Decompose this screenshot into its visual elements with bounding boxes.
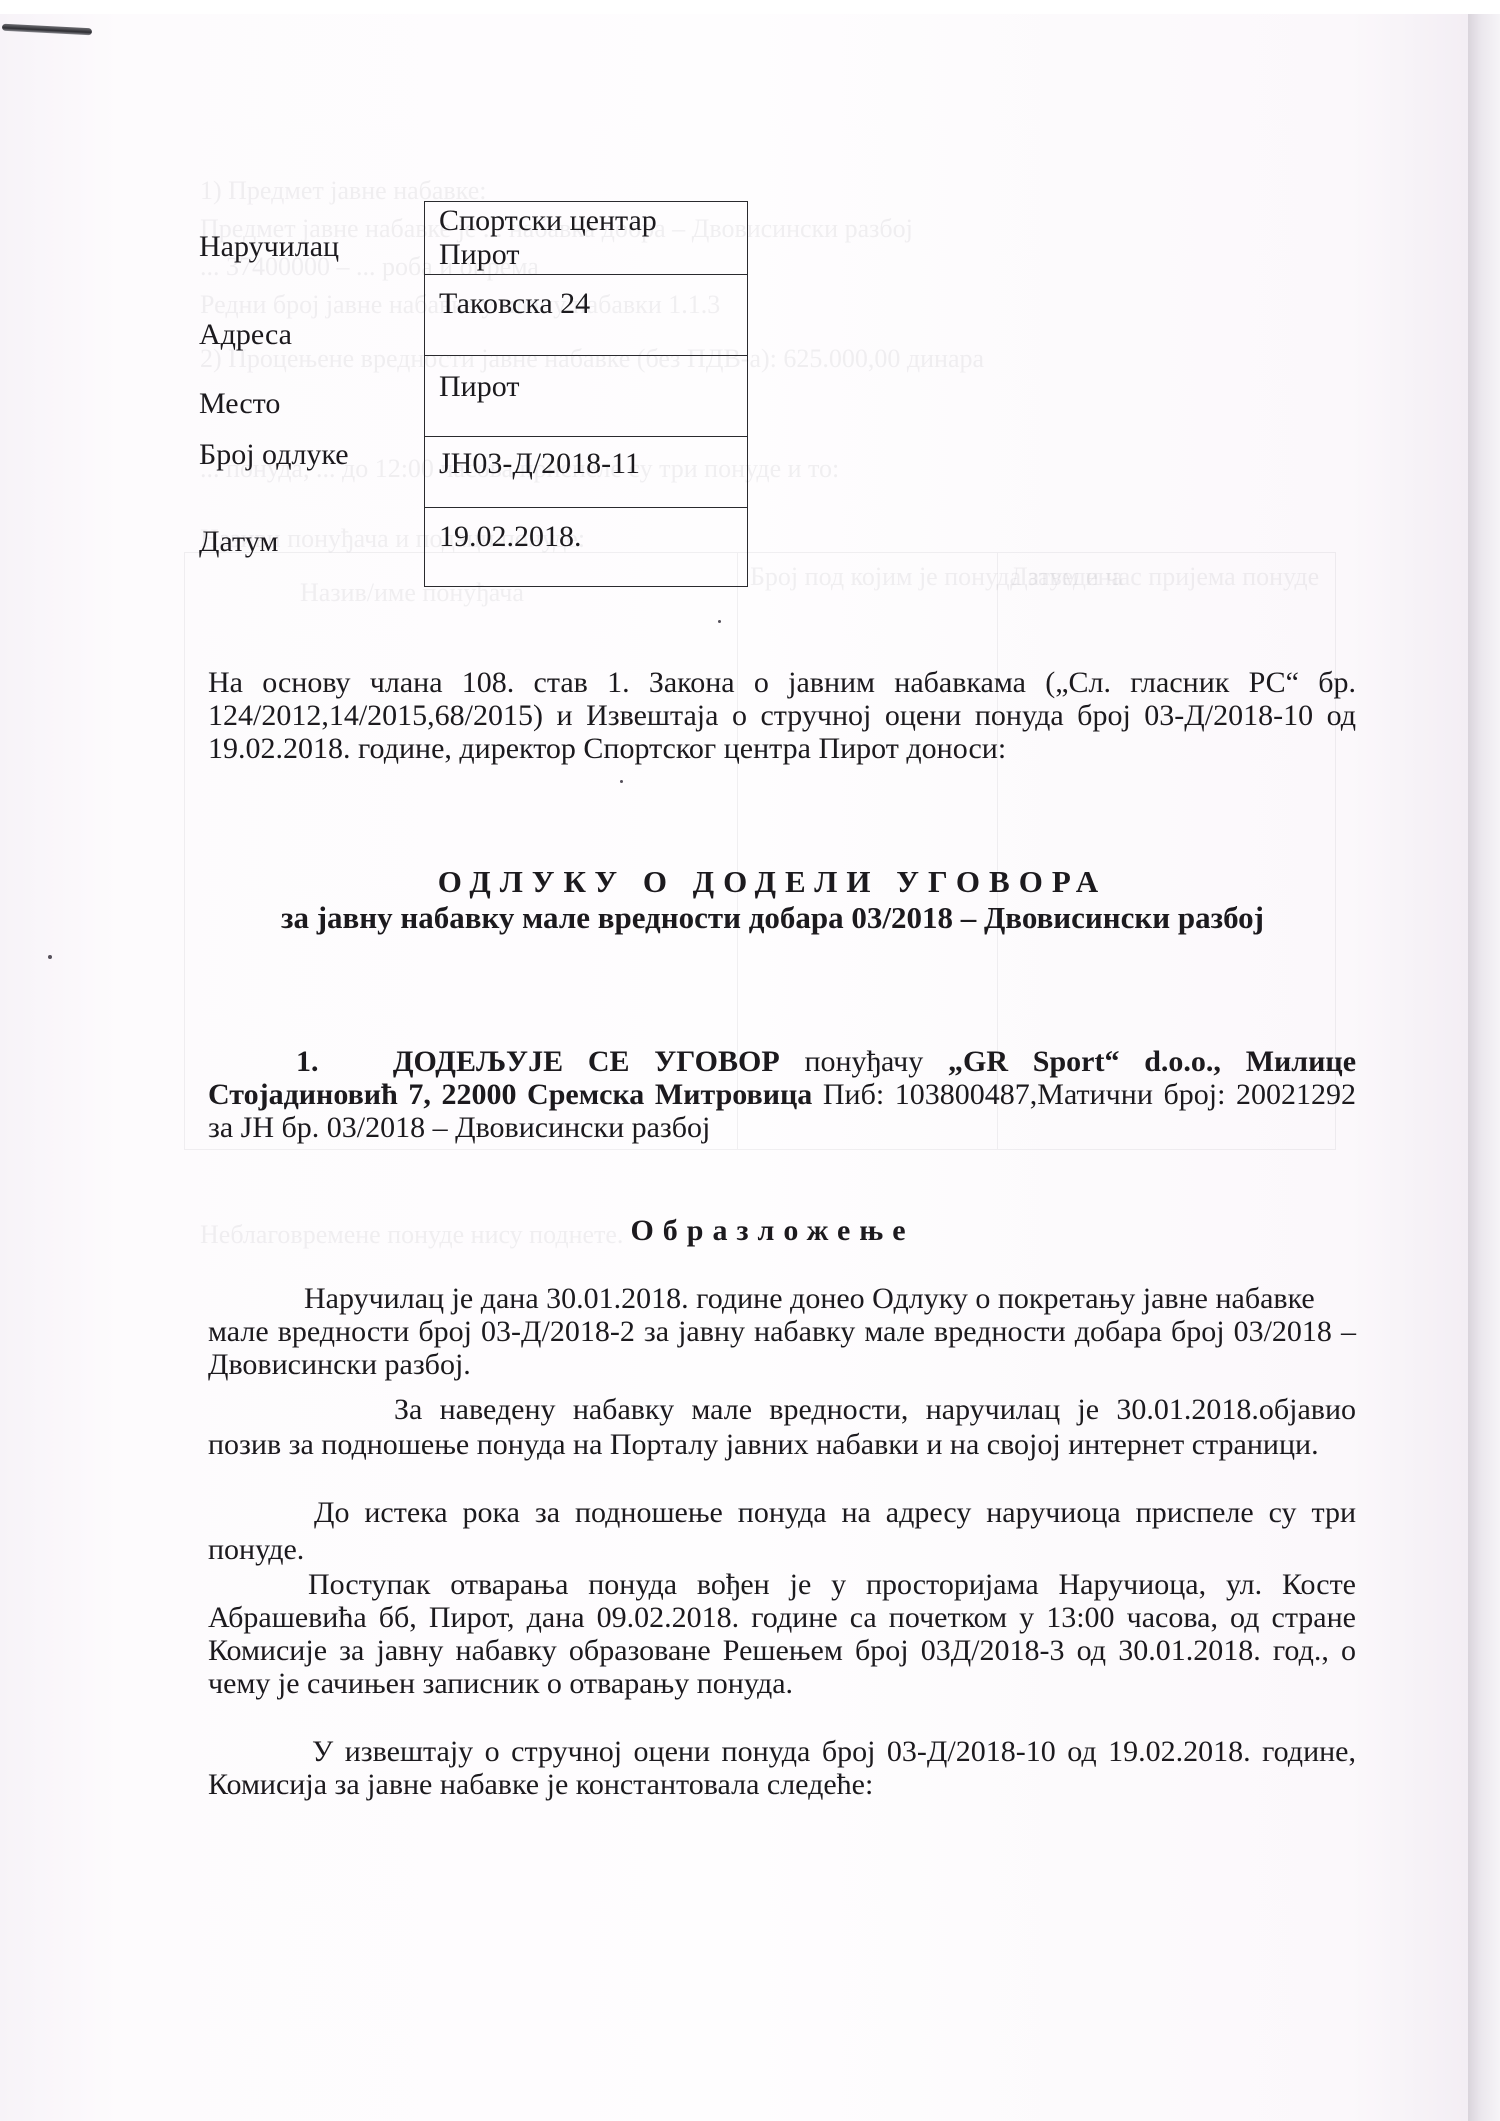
value-address: Таковска 24: [425, 275, 748, 356]
label-address: Адреса: [199, 318, 292, 352]
text-line: Наручилац је дана 30.01.2018. године дон…: [208, 1282, 1260, 1315]
reasoning-paragraph-1: Наручилац је дана 30.01.2018. године дон…: [208, 1282, 1356, 1381]
text-line: У извештају о стручној оцени понуда број…: [208, 1735, 1356, 1768]
text-line: 19.02.2018. године, директор Спортског ц…: [208, 732, 1356, 765]
bidder-ids: Пиб: 103800487,Матични број: 20021292: [823, 1078, 1356, 1111]
item-number: 1.: [296, 1045, 319, 1078]
value-place: Пирот: [425, 356, 748, 437]
scan-speck: [48, 955, 52, 959]
preamble-paragraph: На основу члана 108. став 1. Закона о ја…: [208, 666, 1356, 765]
item-text: понуђачу: [804, 1045, 923, 1078]
table-row: Спортски центар Пирот: [425, 202, 748, 275]
scan-speck: [718, 620, 721, 623]
text-line: Комисија за јавне набавке је константова…: [208, 1768, 1356, 1801]
text-line: Абрашевића бб, Пирот, дана 09.02.2018. г…: [208, 1601, 1356, 1634]
text-line: Двовисински разбој.: [208, 1348, 1356, 1381]
reasoning-paragraph-3: До истека рока за подношење понуда на ад…: [208, 1496, 1356, 1566]
text-line: До истека рока за подношење понуда на ад…: [208, 1496, 1356, 1529]
text-line: Комисије за јавну набавку образоване Реш…: [208, 1634, 1356, 1667]
authority-name: Спортски центар: [439, 204, 657, 237]
reasoning-paragraph-4: Поступак отварања понуда вођен је у прос…: [208, 1568, 1356, 1700]
text-line: позив за подношење понуда на Порталу јав…: [208, 1428, 1356, 1461]
decision-subtitle: за јавну набавку мале вредности добара 0…: [0, 900, 1500, 936]
ghost-text: Датум и час пријема понуде: [1010, 562, 1319, 592]
text-line: 124/2012,14/2015,68/2015) и Извештаја о …: [208, 699, 1356, 732]
table-row: Таковска 24: [425, 275, 748, 356]
table-row: 19.02.2018.: [425, 508, 748, 587]
bidder-address: Стојадиновић 7, 22000 Сремска Митровица: [208, 1078, 812, 1111]
page-edge-shadow: [1468, 14, 1500, 2121]
text-line: Поступак отварања понуда вођен је у прос…: [208, 1568, 1356, 1601]
table-row: ЈН03-Д/2018-11: [425, 437, 748, 508]
decision-title: ОДЛУКУ О ДОДЕЛИ УГОВОРА: [0, 864, 1500, 900]
scan-speck: [620, 780, 623, 783]
label-decision-number: Број одлуке: [199, 438, 349, 472]
value-contracting-authority: Спортски центар Пирот: [425, 202, 748, 275]
authority-city: Пирот: [439, 238, 519, 271]
label-date: Датум: [199, 525, 278, 559]
value-decision-number: ЈН03-Д/2018-11: [425, 437, 748, 508]
reasoning-paragraph-2: За наведену набавку мале вредности, нару…: [208, 1393, 1356, 1461]
item-lead: ДОДЕЉУЈЕ СЕ УГОВОР: [393, 1045, 780, 1078]
text-line: за ЈН бр. 03/2018 – Двовисински разбој: [208, 1111, 1356, 1144]
decision-item-1: 1. ДОДЕЉУЈЕ СЕ УГОВОР понуђачу „GR Sport…: [208, 1045, 1356, 1144]
text-line: мале вредности број 03-Д/2018-2 за јавну…: [208, 1315, 1356, 1348]
text-line: За наведену набавку мале вредности, нару…: [208, 1393, 1356, 1426]
text-line: На основу члана 108. став 1. Закона о ја…: [208, 666, 1356, 699]
bidder-name: „GR Sport“ d.o.o., Милице: [948, 1045, 1356, 1078]
value-date: 19.02.2018.: [425, 508, 748, 587]
text-line: 1. ДОДЕЉУЈЕ СЕ УГОВОР понуђачу „GR Sport…: [208, 1045, 1356, 1078]
reasoning-heading: Образложење: [0, 1214, 1500, 1248]
text-line: Стојадиновић 7, 22000 Сремска Митровица …: [208, 1078, 1356, 1111]
label-place: Место: [199, 387, 280, 421]
label-contracting-authority: Наручилац: [199, 230, 339, 264]
header-info-table: Спортски центар Пирот Таковска 24 Пирот …: [424, 201, 748, 587]
text-line: чему је сачињен записник о отварању пону…: [208, 1667, 1356, 1700]
table-row: Пирот: [425, 356, 748, 437]
text-line: понуде.: [208, 1533, 1356, 1566]
reasoning-paragraph-5: У извештају о стручној оцени понуда број…: [208, 1735, 1356, 1801]
